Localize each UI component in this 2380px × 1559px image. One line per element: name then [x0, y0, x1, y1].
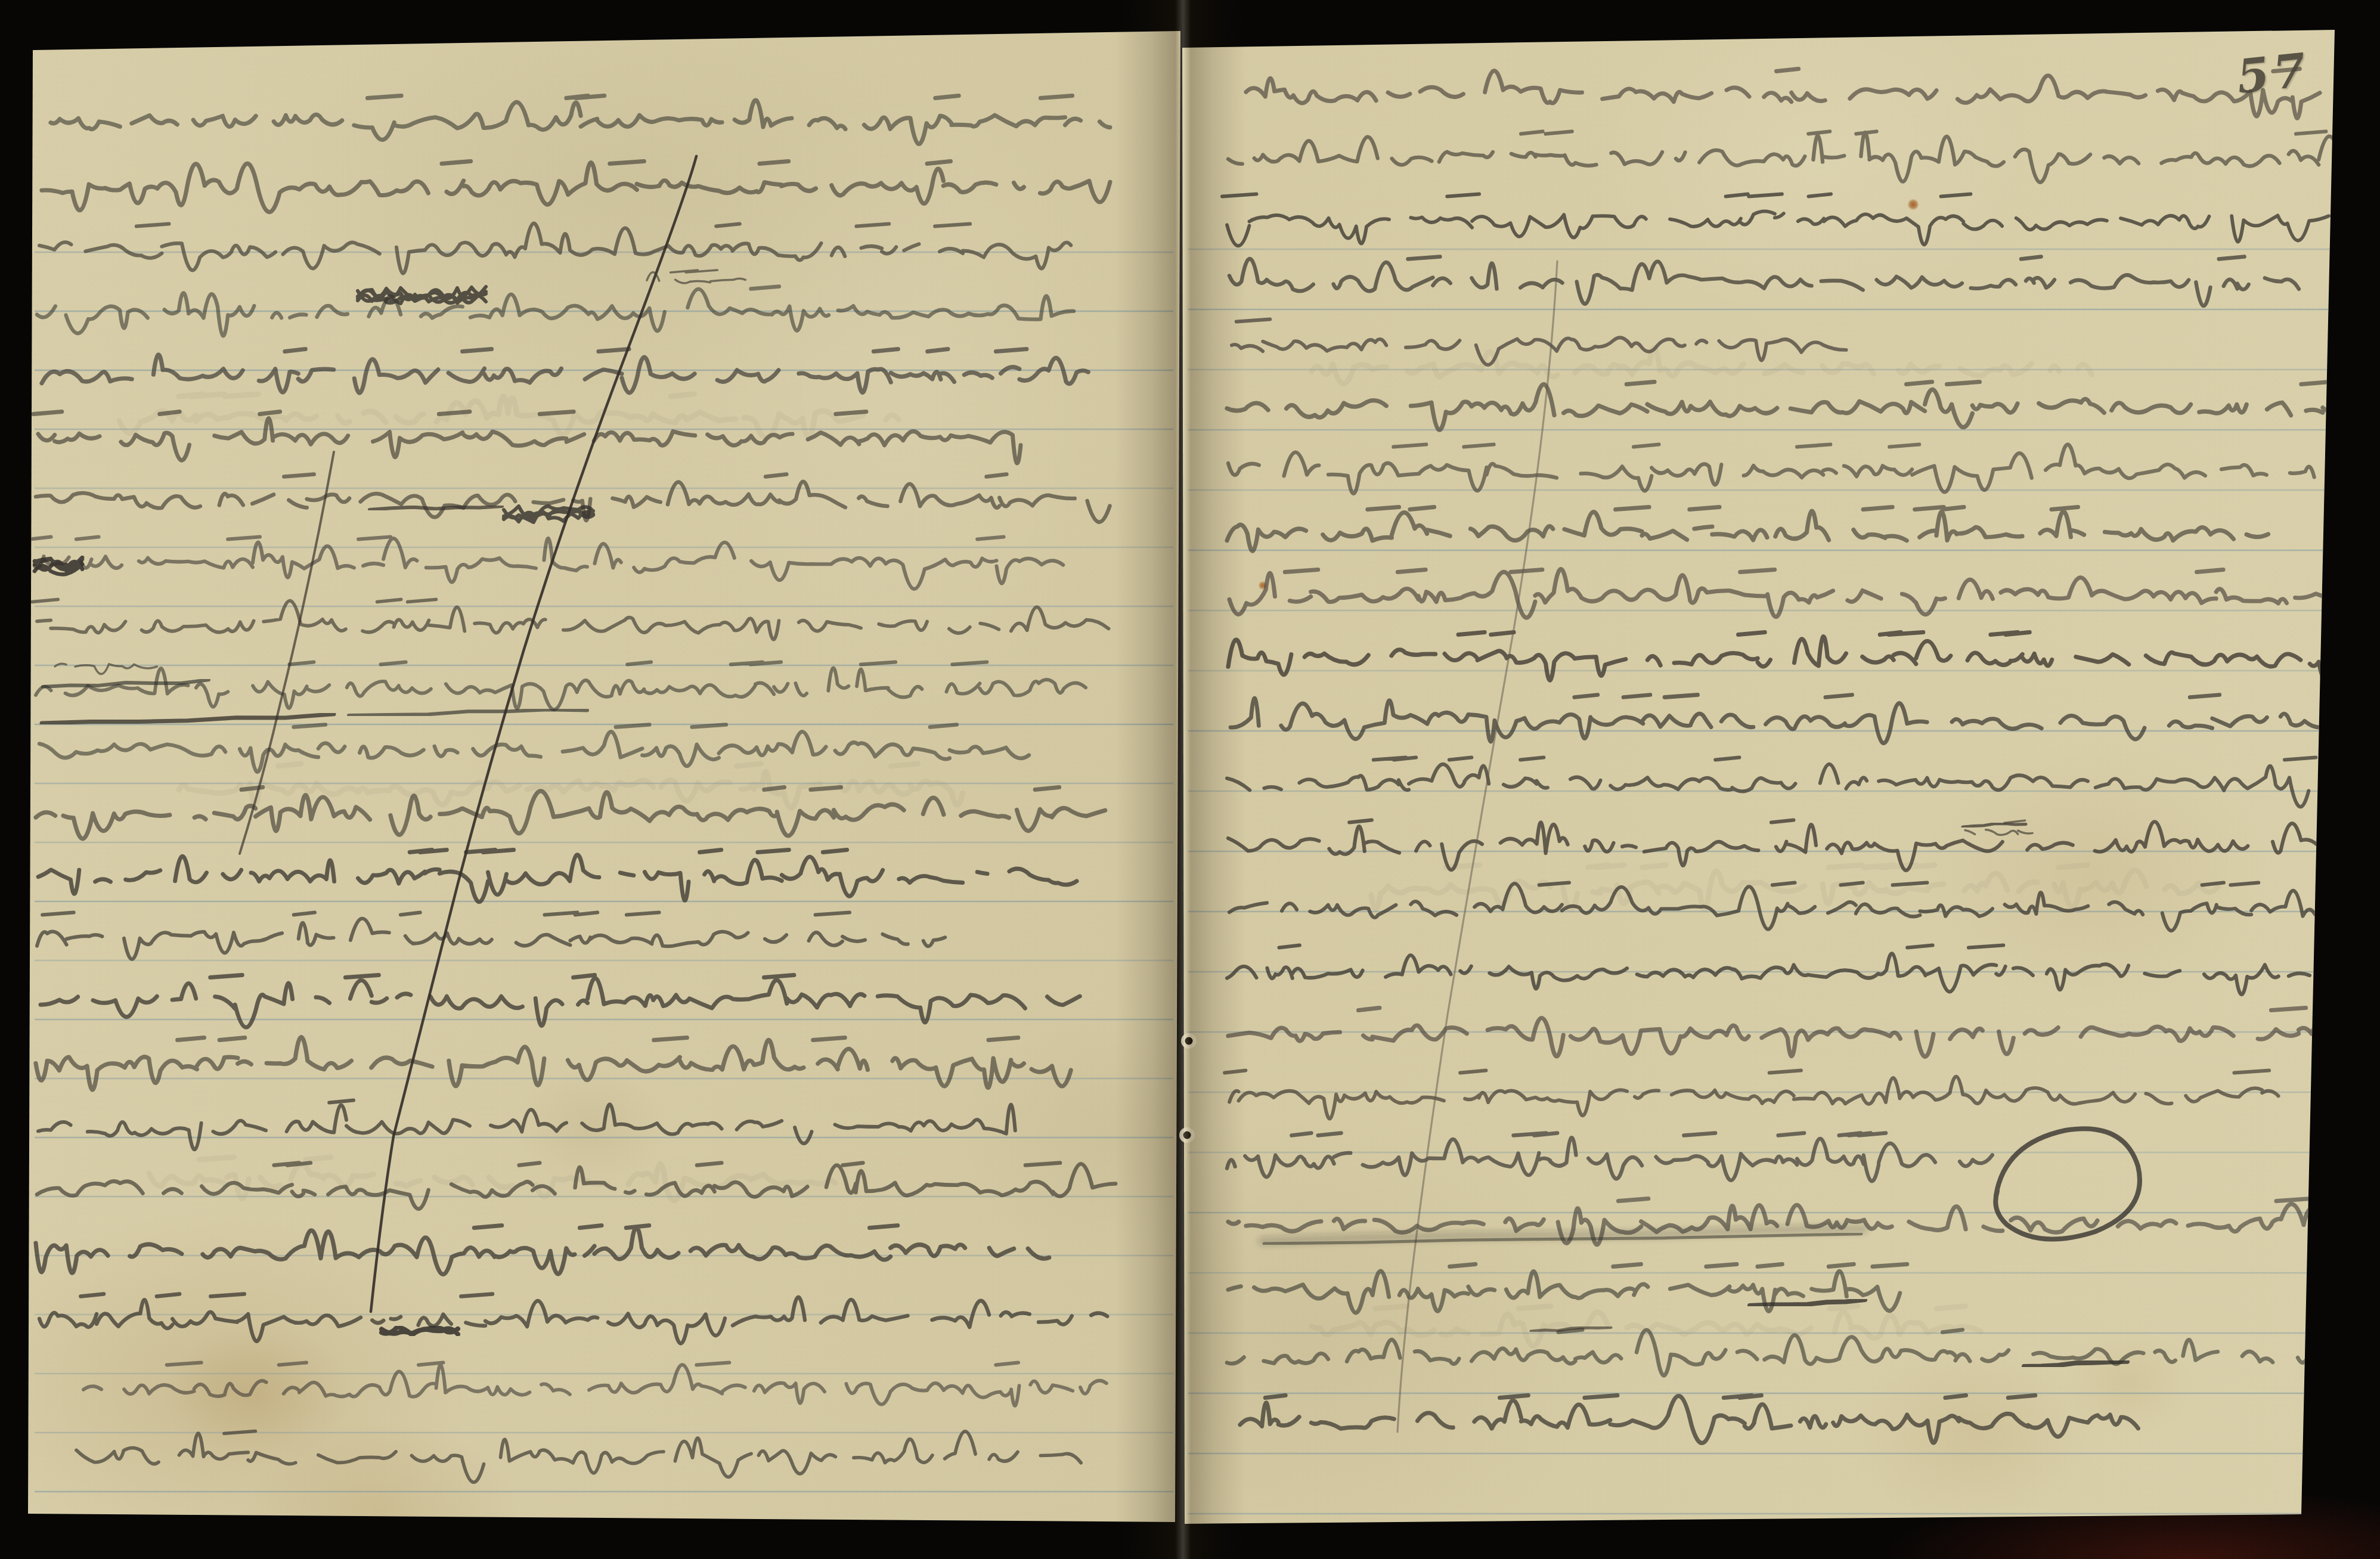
handwriting-layer: [0, 0, 2380, 1559]
page-number: 57: [2235, 43, 2313, 104]
notebook-scan: 57: [0, 0, 2380, 1559]
left-page-content: [30, 96, 1173, 1492]
right-page-marks: [1263, 261, 2140, 1432]
right-page-content: [1188, 69, 2353, 1514]
right-page-ghost-writing: [1312, 348, 2218, 1346]
binding-stitch-holes: [1179, 1033, 1197, 1143]
